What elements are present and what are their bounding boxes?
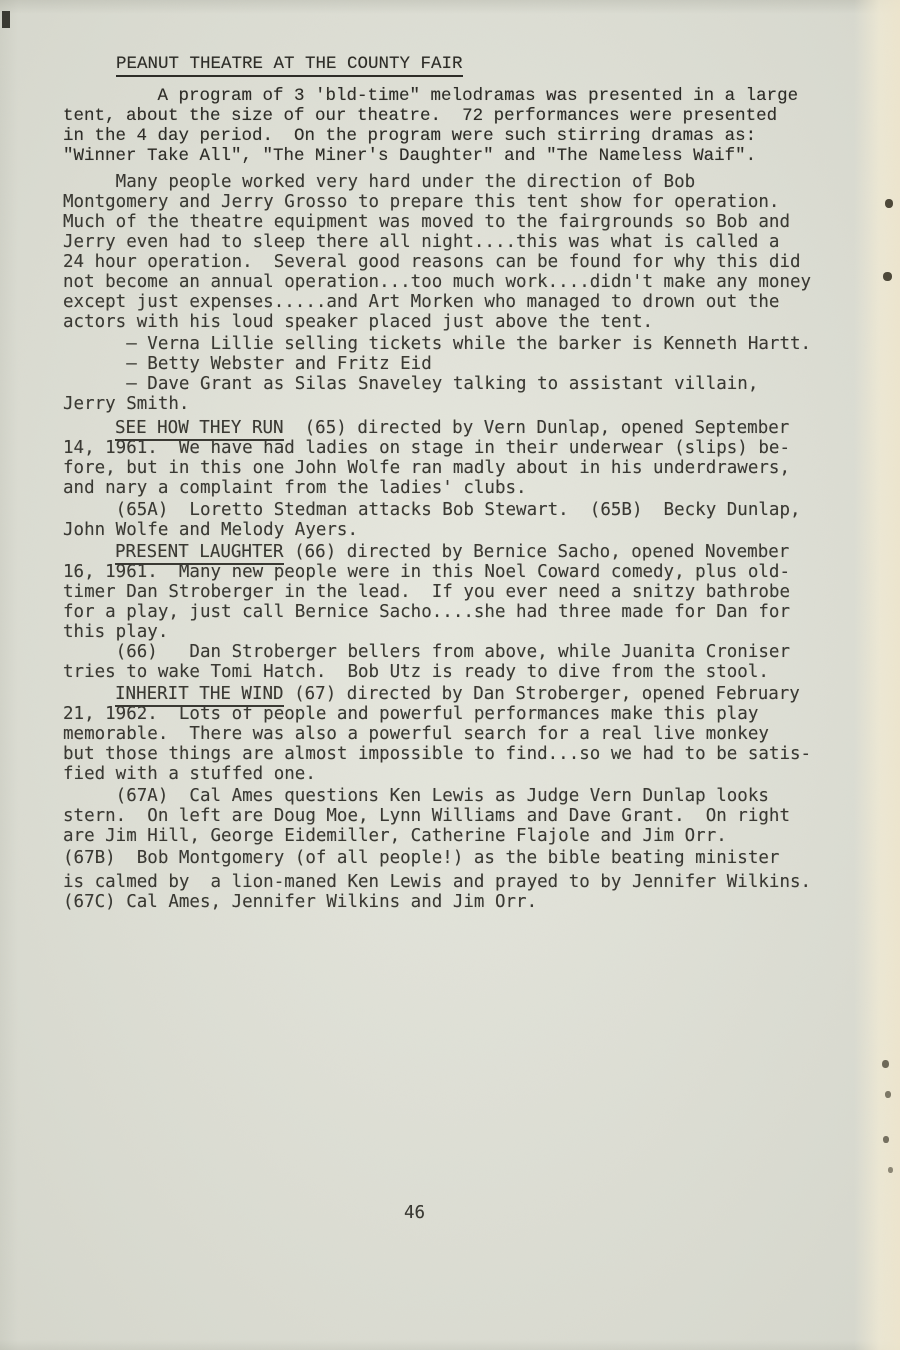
intro-paragraph: A program of 3 'bld-time" melodramas was… [63, 86, 863, 166]
section-65-heading: SEE HOW THEY RUN (65) directed by Vern D… [63, 418, 863, 438]
text-line: tries to wake Tomi Hatch. Bob Utz is rea… [63, 662, 863, 682]
text-line: except just expenses.....and Art Morken … [63, 292, 863, 312]
text-line: tent, about the size of our theatre. 72 … [63, 106, 863, 126]
text-line: Many people worked very hard under the d… [63, 172, 863, 192]
scanned-document-page: PEANUT THEATRE AT THE COUNTY FAIR A prog… [0, 0, 900, 1350]
text-line: "Winner Take All", "The Miner's Daughter… [63, 146, 863, 166]
text-line: but those things are almost impossible t… [63, 744, 863, 764]
text-line: in the 4 day period. On the program were… [63, 126, 863, 146]
section-67-caption-a: (67A) Cal Ames questions Ken Lewis as Ju… [63, 786, 863, 846]
text-line: not become an annual operation...too muc… [63, 272, 863, 292]
section-66-heading: PRESENT LAUGHTER (66) directed by Bernic… [63, 542, 863, 562]
page-title: PEANUT THEATRE AT THE COUNTY FAIR [63, 54, 463, 74]
section-67-body: 21, 1962. Lots of people and powerful pe… [63, 704, 863, 784]
section-65-caption: (65A) Loretto Stedman attacks Bob Stewar… [63, 500, 863, 540]
text-line: 24 hour operation. Several good reasons … [63, 252, 863, 272]
text-line: Montgomery and Jerry Grosso to prepare t… [63, 192, 863, 212]
text-line: (65A) Loretto Stedman attacks Bob Stewar… [63, 500, 863, 520]
section-66-caption: (66) Dan Stroberger bellers from above, … [63, 642, 863, 682]
text-line: (67C) Cal Ames, Jennifer Wilkins and Jim… [63, 892, 863, 912]
text-line: — Dave Grant as Silas Snaveley talking t… [63, 374, 863, 394]
text-line: Jerry Smith. [63, 394, 863, 414]
text-line: fore, but in this one John Wolfe ran mad… [63, 458, 863, 478]
section-67-caption-b: (67B) Bob Montgomery (of all people!) as… [63, 848, 863, 868]
text-column: A program of 3 'bld-time" melodramas was… [63, 86, 863, 912]
text-line: are Jim Hill, George Eidemiller, Catheri… [63, 826, 863, 846]
play-section-67: INHERIT THE WIND (67) directed by Dan St… [63, 684, 863, 912]
section-66-heading-rest: (66) directed by Bernice Sacho, opened N… [284, 542, 790, 562]
photo-bullet-list: — Verna Lillie selling tickets while the… [63, 334, 863, 414]
text-line: Much of the theatre equipment was moved … [63, 212, 863, 232]
section-65-heading-rest: (65) directed by Vern Dunlap, opened Sep… [284, 418, 790, 438]
text-line: — Betty Webster and Fritz Eid [63, 354, 863, 374]
play-section-65: SEE HOW THEY RUN (65) directed by Vern D… [63, 418, 863, 540]
text-line: is calmed by a lion-maned Ken Lewis and … [63, 872, 863, 892]
text-line: this play. [63, 622, 863, 642]
text-line: and nary a complaint from the ladies' cl… [63, 478, 863, 498]
page-number: 46 [404, 1203, 425, 1223]
section-67-heading: INHERIT THE WIND (67) directed by Dan St… [63, 684, 863, 704]
text-line: 16, 1961. Many new people were in this N… [63, 562, 863, 582]
text-line: fied with a stuffed one. [63, 764, 863, 784]
text-line: Jerry even had to sleep there all night.… [63, 232, 863, 252]
section-67-caption-c: is calmed by a lion-maned Ken Lewis and … [63, 872, 863, 912]
text-line: John Wolfe and Melody Ayers. [63, 520, 863, 540]
text-line: A program of 3 'bld-time" melodramas was… [63, 86, 863, 106]
text-line: (67B) Bob Montgomery (of all people!) as… [63, 848, 863, 868]
text-line: timer Dan Stroberger in the lead. If you… [63, 582, 863, 602]
text-line: — Verna Lillie selling tickets while the… [63, 334, 863, 354]
text-line: for a play, just call Bernice Sacho....s… [63, 602, 863, 622]
section-65-body: 14, 1961. We have had ladies on stage in… [63, 438, 863, 498]
text-line: 21, 1962. Lots of people and powerful pe… [63, 704, 863, 724]
section-66-body: 16, 1961. Many new people were in this N… [63, 562, 863, 642]
text-line: actors with his loud speaker placed just… [63, 312, 863, 332]
text-line: stern. On left are Doug Moe, Lynn Willia… [63, 806, 863, 826]
text-line: (66) Dan Stroberger bellers from above, … [63, 642, 863, 662]
play-section-66: PRESENT LAUGHTER (66) directed by Bernic… [63, 542, 863, 682]
text-line: 14, 1961. We have had ladies on stage in… [63, 438, 863, 458]
production-note-paragraph: Many people worked very hard under the d… [63, 172, 863, 332]
text-line: (67A) Cal Ames questions Ken Lewis as Ju… [63, 786, 863, 806]
section-67-heading-rest: (67) directed by Dan Stroberger, opened … [284, 684, 800, 704]
page-title-text: PEANUT THEATRE AT THE COUNTY FAIR [116, 54, 463, 77]
typewritten-content: PEANUT THEATRE AT THE COUNTY FAIR A prog… [0, 0, 900, 1350]
text-line: memorable. There was also a powerful sea… [63, 724, 863, 744]
